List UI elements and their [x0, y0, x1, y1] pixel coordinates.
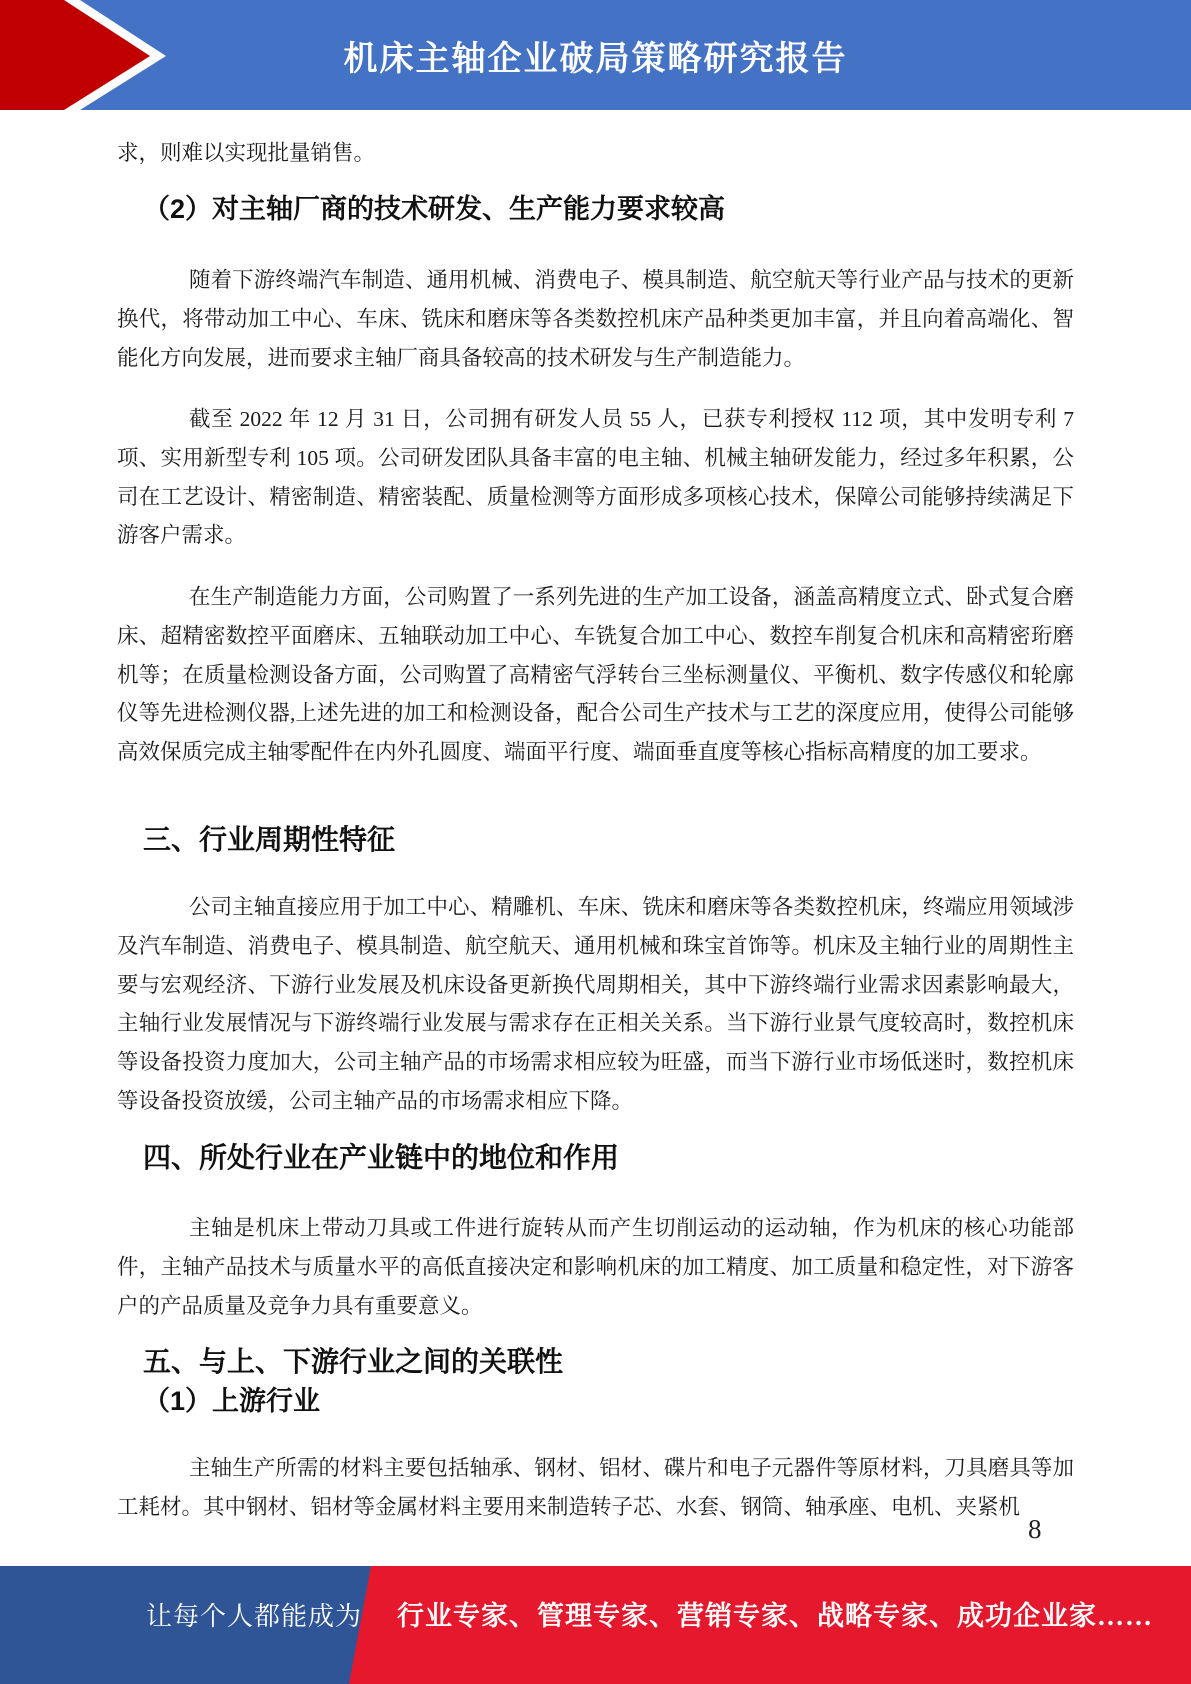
section-heading-3-cycle: 三、行业周期性特征 [143, 818, 395, 858]
footer-band: 让每个人都能成为 行业专家、管理专家、营销专家、战略专家、成功企业家…… [0, 1566, 1191, 1684]
section-heading-4-position: 四、所处行业在产业链中的地位和作用 [143, 1136, 619, 1176]
page-title: 机床主轴企业破局策略研究报告 [344, 31, 848, 80]
section-heading-5-relation: 五、与上、下游行业之间的关联性 [143, 1340, 563, 1380]
paragraph: 截至 2022 年 12 月 31 日，公司拥有研发人员 55 人，已获专利授权… [117, 400, 1074, 555]
paragraph: 随着下游终端汽车制造、通用机械、消费电子、模具制造、航空航天等行业产品与技术的更… [117, 261, 1074, 377]
paragraph: 公司主轴直接应用于加工中心、精雕机、车床、铣床和磨床等各类数控机床，终端应用领域… [117, 888, 1074, 1121]
report-page: 机床主轴企业破局策略研究报告 求，则难以实现批量销售。 （2）对主轴厂商的技术研… [0, 0, 1191, 1684]
page-number: 8 [1028, 1514, 1042, 1545]
footer-slogan-left: 让每个人都能成为 [146, 1596, 362, 1633]
header-band: 机床主轴企业破局策略研究报告 [0, 0, 1191, 110]
paragraph: 主轴是机床上带动刀具或工件进行旋转从而产生切削运动的运动轴，作为机床的核心功能部… [117, 1209, 1074, 1325]
footer-slogan-right: 行业专家、管理专家、营销专家、战略专家、成功企业家…… [397, 1594, 1153, 1633]
paragraph: 主轴生产所需的材料主要包括轴承、钢材、铝材、碟片和电子元器件等原材料，刀具磨具等… [117, 1449, 1074, 1527]
section-heading-2-tech: （2）对主轴厂商的技术研发、生产能力要求较高 [143, 187, 725, 226]
paragraph-continuation: 求，则难以实现批量销售。 [117, 134, 1074, 173]
paragraph: 在生产制造能力方面，公司购置了一系列先进的生产加工设备，涵盖高精度立式、卧式复合… [117, 578, 1074, 772]
section-heading-upstream: （1）上游行业 [143, 1379, 320, 1418]
